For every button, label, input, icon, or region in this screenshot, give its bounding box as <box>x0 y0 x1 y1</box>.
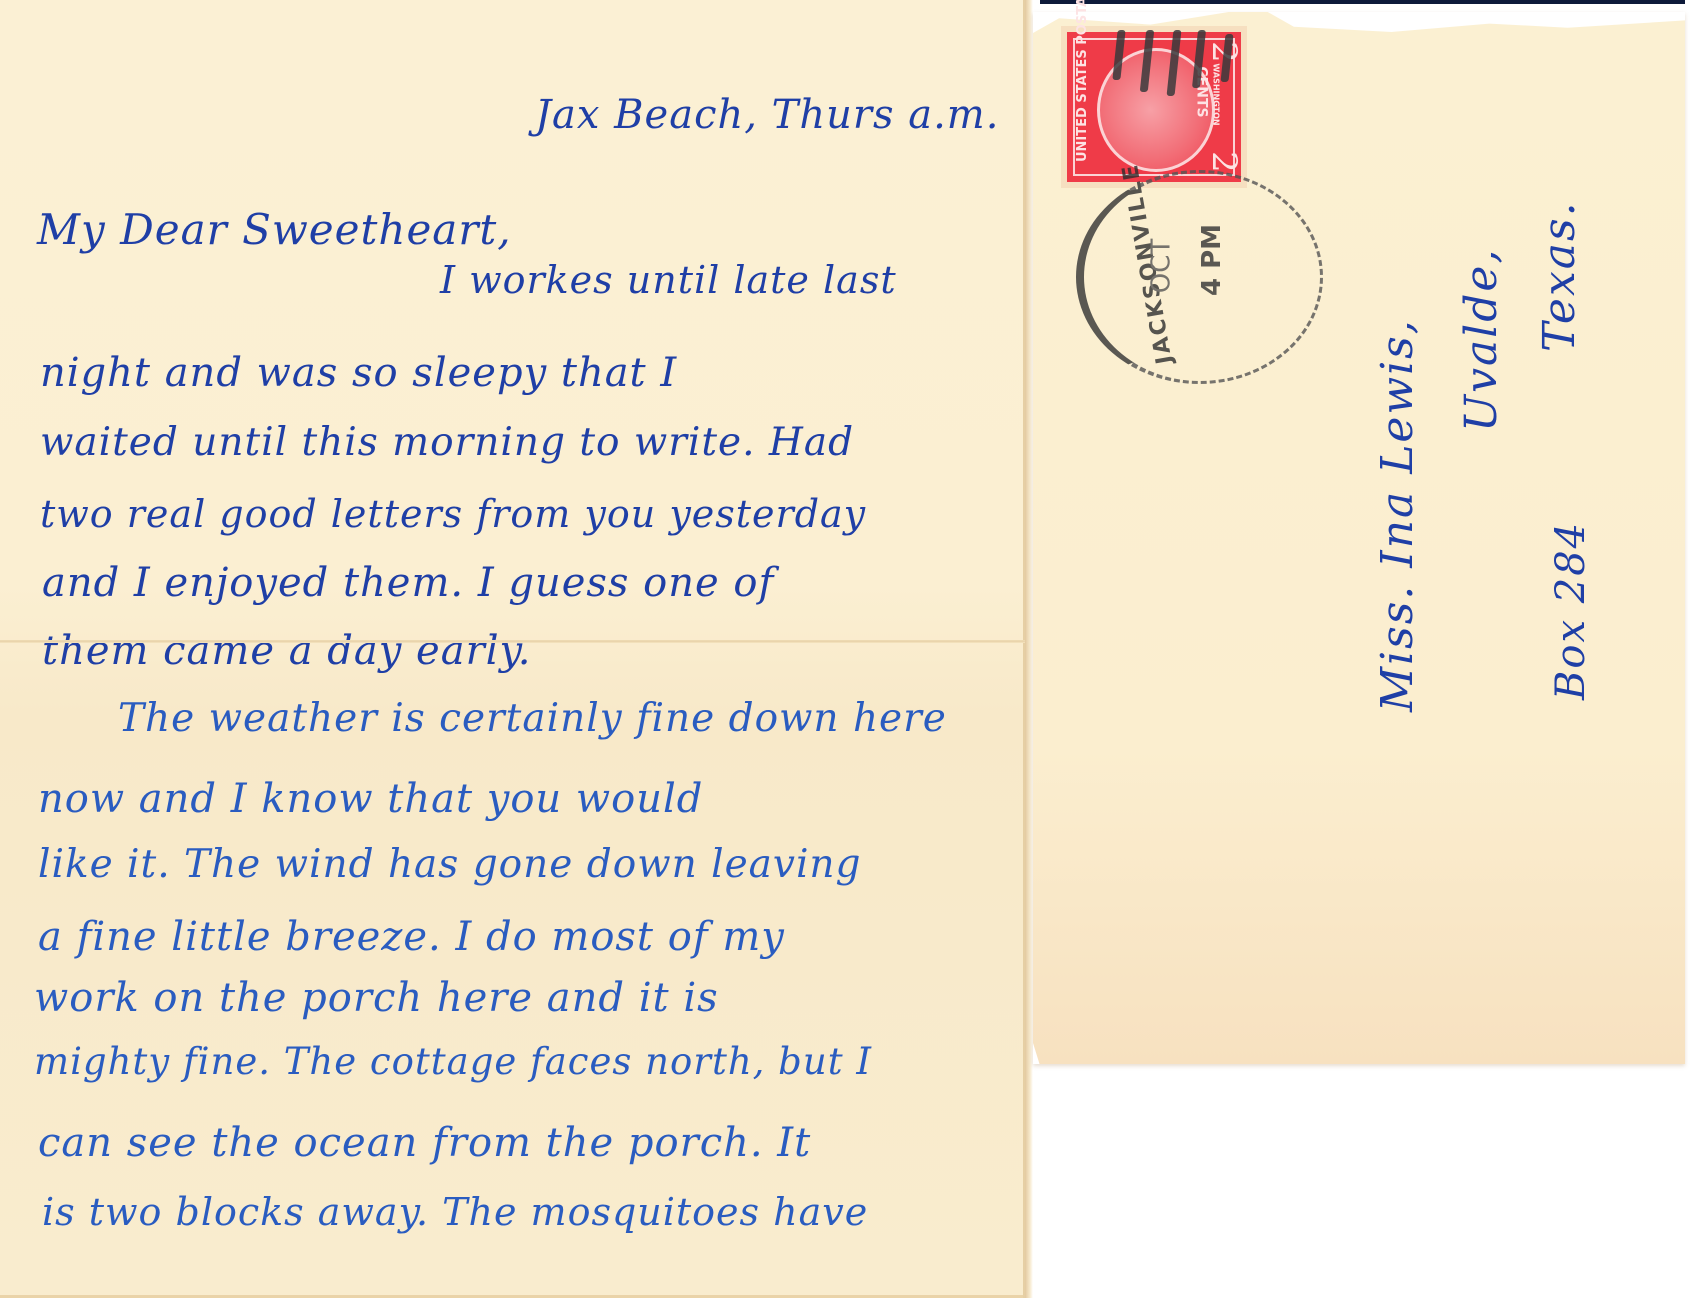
cancellation-bars-icon <box>1115 30 1240 90</box>
letter-line: waited until this morning to write. Had <box>40 420 854 465</box>
address-box: Box 284 <box>1548 521 1594 700</box>
letter-line: The weather is certainly fine down here <box>118 696 947 741</box>
address-state: Texas. <box>1534 200 1585 352</box>
letter-line: mighty fine. The cottage faces north, bu… <box>34 1040 872 1083</box>
address-name: Miss. Ina Lewis, <box>1372 318 1423 712</box>
letter-line: I workes until late last <box>440 258 897 302</box>
letter-line: night and was so sleepy that I <box>40 350 677 396</box>
address-city: Uvalde, <box>1456 248 1507 432</box>
postmark-circle: JACKSONVILLE OCT 4 PM <box>1076 170 1323 384</box>
letter-line: is two blocks away. The mosquitoes have <box>42 1190 868 1234</box>
letter-salutation: My Dear Sweetheart, <box>37 205 512 254</box>
stamp-country-text: UNITED STATES POSTAGE <box>1075 0 1090 162</box>
postmark-time: 4 PM <box>1197 224 1227 296</box>
letter-line: them came a day early. <box>42 628 531 674</box>
letter-line: work on the porch here and it is <box>34 975 719 1021</box>
letter-header: Jax Beach, Thurs a.m. <box>535 92 999 138</box>
letter-line: and I enjoyed them. I guess one of <box>42 560 774 606</box>
letter-page: Jax Beach, Thurs a.m. My Dear Sweetheart… <box>0 0 1025 1298</box>
letter-line: like it. The wind has gone down leaving <box>38 842 862 887</box>
postmark-month: OCT <box>1146 239 1176 294</box>
letter-line: two real good letters from you yesterday <box>40 492 866 536</box>
letter-line: can see the ocean from the porch. It <box>38 1120 811 1166</box>
letter-line: now and I know that you would <box>38 776 703 822</box>
letter-line: a fine little breeze. I do most of my <box>38 914 785 960</box>
background-top-strip <box>1040 0 1685 4</box>
letter-edge-shadow <box>1025 0 1033 1298</box>
